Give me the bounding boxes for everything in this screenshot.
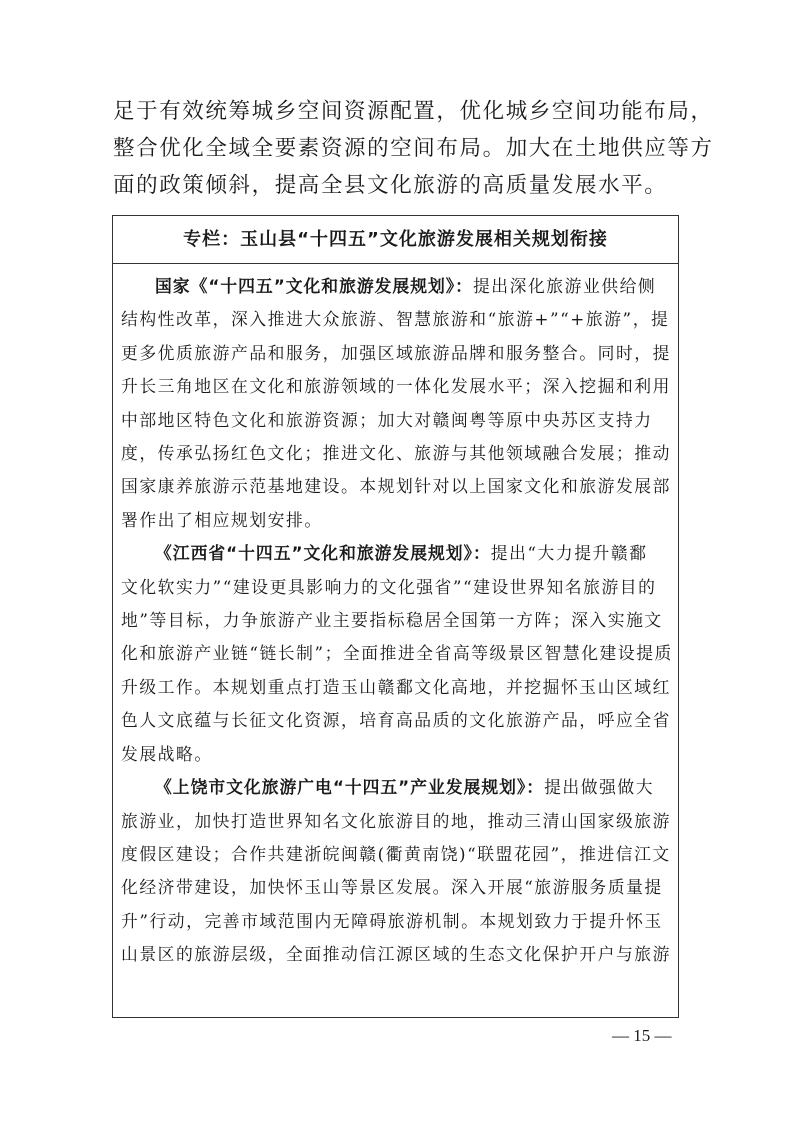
intro-paragraph: 足于有效统筹城乡空间资源配置，优化城乡空间功能布局， 整合优化全域全要素资源的空… [113, 93, 683, 204]
intro-line: 足于有效统筹城乡空间资源配置，优化城乡空间功能布局， [113, 93, 683, 130]
entry-first-line: 《上饶市文化旅游广电“十四五”产业发展规划》：提出做强做大 [121, 771, 670, 804]
entry-line: 山景区的旅游层级，全面推动信江源区域的生态文化保护开户与旅游 [121, 938, 670, 971]
entry-shangrao-plan: 《上饶市文化旅游广电“十四五”产业发展规划》：提出做强做大 旅游业，加快打造世界… [121, 771, 670, 971]
entry-line: 文化软实力”“建设更具影响力的文化强省”“建设世界知名旅游目的 [121, 571, 670, 604]
entry-heading: 国家《“十四五”文化和旅游发展规划》： [155, 276, 473, 296]
entry-text: 提出深化旅游业供给侧 [473, 276, 656, 296]
entry-heading: 《江西省“十四五”文化和旅游发展规划》： [155, 543, 491, 563]
entry-text: 提出“大力提升赣鄱 [491, 543, 648, 563]
entry-line: 化经济带建设，加快怀玉山等景区发展。深入开展“旅游服务质量提 [121, 871, 670, 904]
entry-line: 色人文底蕴与长征文化资源，培育高品质的文化旅游产品，呼应全省 [121, 704, 670, 737]
box-body: 国家《“十四五”文化和旅游发展规划》：提出深化旅游业供给侧 结构性改革，深入推进… [113, 264, 678, 972]
entry-line: 升级工作。本规划重点打造玉山赣鄱文化高地，并挖掘怀玉山区域红 [121, 671, 670, 704]
entry-line: 地”等目标，力争旅游产业主要指标稳居全国第一方阵；深入实施文 [121, 604, 670, 637]
entry-heading: 《上饶市文化旅游广电“十四五”产业发展规划》： [155, 777, 544, 797]
entry-line: 更多优质旅游产品和服务，加强区域旅游品牌和服务整合。同时，提 [121, 337, 670, 370]
entry-line: 中部地区特色文化和旅游资源；加大对赣闽粤等原中央苏区支持力 [121, 404, 670, 437]
entry-first-line: 《江西省“十四五”文化和旅游发展规划》：提出“大力提升赣鄱 [121, 537, 670, 570]
entry-line: 旅游业，加快打造世界知名文化旅游目的地，推动三清山国家级旅游 [121, 805, 670, 838]
entry-line: 结构性改革，深入推进大众旅游、智慧旅游和“旅游+”“+旅游”，提供 [121, 303, 670, 336]
sidebar-box: 专栏：玉山县“十四五”文化旅游发展相关规划衔接 国家《“十四五”文化和旅游发展规… [112, 215, 679, 1018]
entry-first-line: 国家《“十四五”文化和旅游发展规划》：提出深化旅游业供给侧 [121, 270, 670, 303]
entry-text: 提出做强做大 [544, 777, 654, 797]
entry-line: 升”行动，完善市域范围内无障碍旅游机制。本规划致力于提升怀玉 [121, 905, 670, 938]
entry-national-plan: 国家《“十四五”文化和旅游发展规划》：提出深化旅游业供给侧 结构性改革，深入推进… [121, 270, 670, 537]
page-number: — 15 — [612, 1026, 672, 1046]
entry-line: 升长三角地区在文化和旅游领域的一体化发展水平；深入挖掘和利用 [121, 370, 670, 403]
entry-line: 度，传承弘扬红色文化；推进文化、旅游与其他领域融合发展；推动 [121, 437, 670, 470]
intro-line: 面的政策倾斜，提高全县文化旅游的高质量发展水平。 [113, 167, 683, 204]
entry-line: 化和旅游产业链“链长制”；全面推进全省高等级景区智慧化建设提质 [121, 637, 670, 670]
intro-line: 整合优化全域全要素资源的空间布局。加大在土地供应等方 [113, 130, 683, 167]
entry-jiangxi-plan: 《江西省“十四五”文化和旅游发展规划》：提出“大力提升赣鄱 文化软实力”“建设更… [121, 537, 670, 771]
entry-line: 发展战略。 [121, 738, 670, 771]
entry-line: 国家康养旅游示范基地建设。本规划针对以上国家文化和旅游发展部 [121, 470, 670, 503]
box-title: 专栏：玉山县“十四五”文化旅游发展相关规划衔接 [113, 216, 678, 264]
entry-line: 署作出了相应规划安排。 [121, 504, 670, 537]
entry-line: 度假区建设；合作共建浙皖闽赣(衢黄南饶)“联盟花园”，推进信江文 [121, 838, 670, 871]
